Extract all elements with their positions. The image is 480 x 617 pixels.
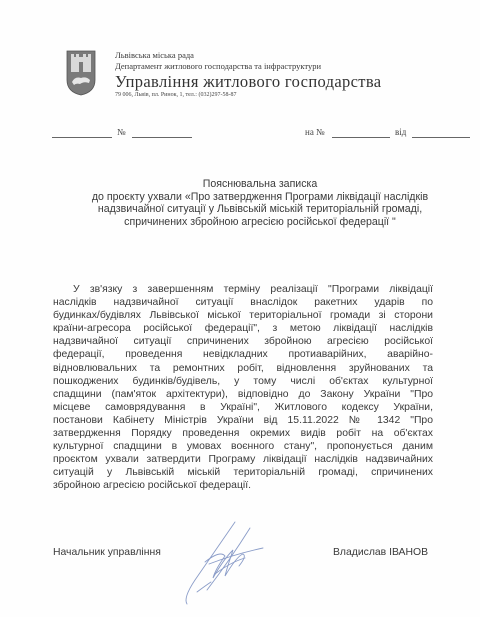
body-line: федерації, проведення невідкладних проти… bbox=[53, 348, 433, 361]
department-name: Департамент житлового господарства та ін… bbox=[115, 61, 381, 72]
signatory-role: Начальник управління bbox=[53, 547, 161, 558]
title-line: до проєкту ухвали «Про затвердження Прог… bbox=[50, 191, 470, 204]
body-line: затвердження Порядку проведення окремих … bbox=[53, 427, 433, 440]
number-label: № bbox=[117, 127, 126, 137]
office-name: Управління житлового господарства bbox=[115, 72, 381, 91]
office-address: 79 006, Львів, пл. Ринок, 1, тел.: (032)… bbox=[115, 91, 381, 99]
reply-number-blank bbox=[332, 137, 390, 138]
body-paragraph: У зв'язку з завершенням терміну реалізац… bbox=[53, 283, 433, 493]
title-line: надзвичайної ситуації у Львівській міськ… bbox=[50, 203, 470, 216]
body-line: проєктом ухвали затвердити Програму лікв… bbox=[53, 453, 433, 466]
number-blank bbox=[132, 137, 192, 138]
reply-number-label: на № bbox=[305, 127, 325, 137]
title-line: спричинених збройною агресією російської… bbox=[50, 216, 470, 229]
body-line: наслідків надзвичайної ситуації внаслідо… bbox=[53, 296, 433, 309]
body-line: будинках/будівлях Львівської міської тер… bbox=[53, 309, 433, 322]
signatory-name: Владислав ІВАНОВ bbox=[333, 547, 428, 558]
document-page: Львівська міська рада Департамент житлов… bbox=[0, 0, 480, 617]
body-line: збройною агресією російської федерації. bbox=[53, 479, 433, 492]
handwritten-signature-icon bbox=[175, 520, 285, 605]
body-line: надзвичайної ситуації спричинених збройн… bbox=[53, 335, 433, 348]
body-line: країни-агресора російської федерації", з… bbox=[53, 322, 433, 335]
body-line: ситуацій у Львівській міській територіал… bbox=[53, 466, 433, 479]
date-blank bbox=[52, 137, 112, 138]
reference-line: № на № від bbox=[52, 127, 472, 141]
body-line: відновлювальних та ремонтних робіт, відн… bbox=[53, 362, 433, 375]
body-line: постанови Кабінету Міністрів України від… bbox=[53, 414, 433, 427]
body-line: У зв'язку з завершенням терміну реалізац… bbox=[53, 283, 433, 296]
body-line: пошкоджених будинків/будівель, у тому чи… bbox=[53, 375, 433, 388]
body-line: культурної спадщини в умовах воєнного ст… bbox=[53, 440, 433, 453]
reply-date-blank bbox=[412, 137, 470, 138]
from-label: від bbox=[395, 127, 406, 137]
letterhead: Львівська міська рада Департамент житлов… bbox=[66, 50, 466, 100]
body-line: спадщини (пам'яток архітектури), відпові… bbox=[53, 388, 433, 401]
lviv-coat-of-arms-icon bbox=[66, 50, 96, 96]
body-line: місцеве самоврядування в Україні", Житло… bbox=[53, 401, 433, 414]
council-name: Львівська міська рада bbox=[115, 50, 381, 61]
document-title: Пояснювальна записка до проєкту ухвали «… bbox=[50, 178, 470, 228]
title-heading: Пояснювальна записка bbox=[50, 178, 470, 191]
